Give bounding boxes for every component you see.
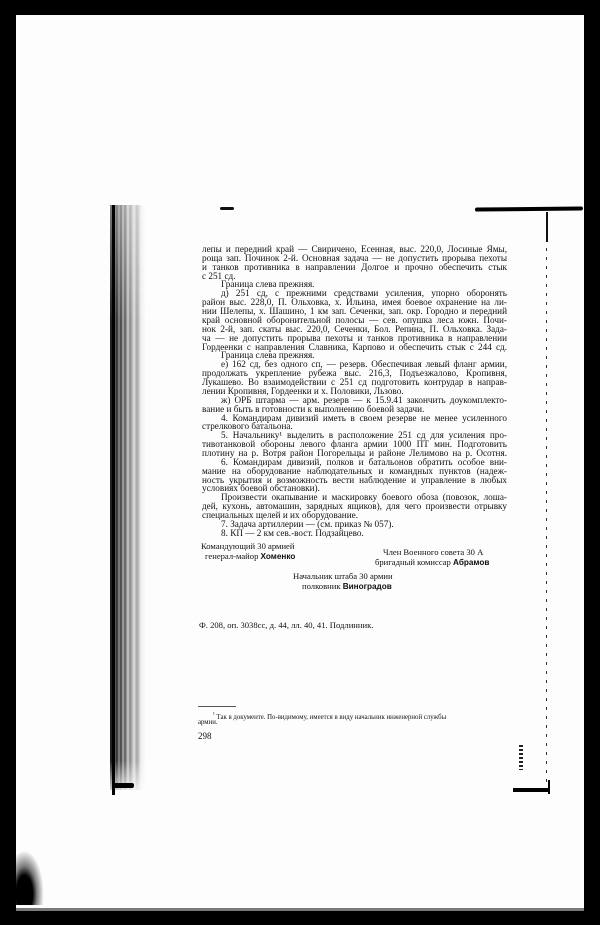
scan-line-right-top [546,212,548,242]
scan-edge-left [112,205,115,795]
page-number: 298 [198,731,212,741]
scan-mark-bottom-right-vertical [548,780,550,794]
scan-dots [519,745,523,770]
scan-mark-bottom-right [513,788,549,792]
signature-council-rank: бригадный комиссар [375,557,451,567]
signature-chief-rank: полковник [302,581,341,591]
scan-smear-left [110,205,146,790]
signature-commander-title: Командующий 30 армией [201,541,294,551]
scan-smear-bottom-left [16,850,44,905]
signature-commander-rank: генерал-майор [205,551,258,561]
signature-commander-name: Хоменко [261,552,296,561]
signature-council: бригадный комиссар Абрамов [375,557,489,568]
scan-line-right [546,212,547,792]
footnote-line-2: армии. [198,719,218,727]
signature-council-title: Член Военного совета 30 А [383,547,483,557]
scan-smear-left-foot [112,783,134,788]
signature-chief: полковник Виноградов [302,581,392,592]
signature-commander: генерал-майор Хоменко [205,551,295,562]
footnote-text: Так в документе. По-видимому, имеется в … [217,714,447,721]
archive-reference: Ф. 208, оп. 3038сс, д. 44, лл. 40, 41. П… [199,620,373,630]
footnote-marker: ¹ [213,712,215,718]
signature-chief-title: Начальник штаба 30 армии [293,571,393,581]
signature-chief-name: Виноградов [343,582,392,591]
footnote-rule [198,706,236,707]
footnote-line-1: ¹ Так в документе. По-видимому, имеется … [213,711,446,722]
scan-bottom-edge [16,908,584,911]
text-line: 8. КП — 2 км сев.-вост. Подзайцево. [221,528,507,538]
scan-mark-top [220,207,234,210]
signature-council-name: Абрамов [453,558,489,567]
